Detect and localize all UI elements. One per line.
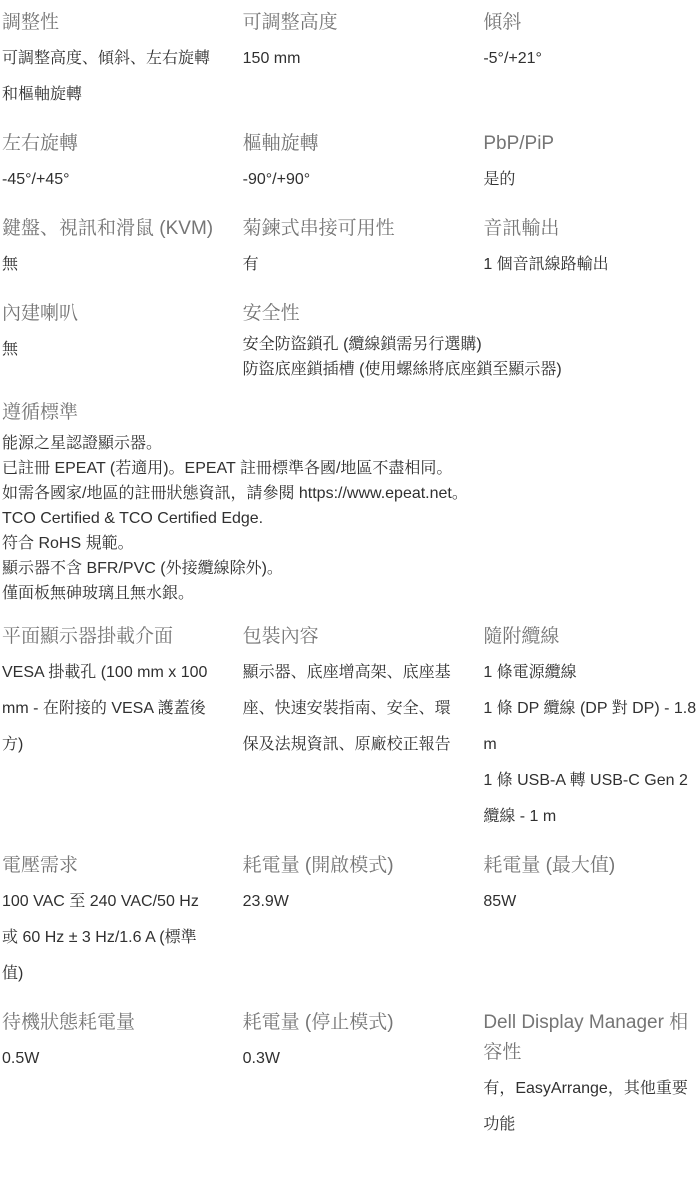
built-in-speaker-label: 內建喇叭 bbox=[2, 299, 217, 329]
pbp-pip-label: PbP/PiP bbox=[483, 129, 698, 159]
audio-output-label: 音訊輸出 bbox=[483, 214, 698, 244]
security-value: 防盜底座鎖插槽 (使用螺絲將底座鎖至顯示器) bbox=[243, 357, 698, 382]
cell-height-adjustable: 可調整高度150 mm bbox=[243, 8, 458, 113]
cables-included-value: 1 條 DP 纜線 (DP 對 DP) - 1.8 m bbox=[483, 691, 698, 763]
cell-box-contents: 包裝內容顯示器、底座增高架、底座基座、快速安裝指南、安全、環保及法規資訊、原廠校… bbox=[243, 622, 458, 835]
section-compliance-value: 僅面板無砷玻璃且無水銀。 bbox=[2, 581, 698, 606]
cell-ddm-compatibility: Dell Display Manager 相容性有，EasyArrange，其他… bbox=[483, 1008, 698, 1143]
row-kvm-audio: 鍵盤、視訊和滑鼠 (KVM)無菊鍊式串接可用性有音訊輸出1 個音訊線路輸出 bbox=[2, 214, 698, 283]
standby-power-value: 0.5W bbox=[2, 1041, 217, 1077]
voltage-required-value: 100 VAC 至 240 VAC/50 Hz 或 60 Hz ± 3 Hz/1… bbox=[2, 884, 217, 992]
ddm-compatibility-value: 有，EasyArrange，其他重要功能 bbox=[483, 1071, 698, 1143]
height-adjustable-value: 150 mm bbox=[243, 41, 458, 77]
section-compliance-value: TCO Certified & TCO Certified Edge. bbox=[2, 506, 698, 531]
pivot-label: 樞軸旋轉 bbox=[243, 129, 458, 159]
cell-kvm: 鍵盤、視訊和滑鼠 (KVM)無 bbox=[2, 214, 217, 283]
section-compliance-value: 符合 RoHS 規範。 bbox=[2, 531, 698, 556]
cables-included-value: 1 條 USB-A 轉 USB-C Gen 2 纜線 - 1 m bbox=[483, 763, 698, 835]
daisy-chain-value: 有 bbox=[243, 247, 458, 283]
cell-voltage-required: 電壓需求100 VAC 至 240 VAC/50 Hz 或 60 Hz ± 3 … bbox=[2, 851, 217, 992]
audio-output-value: 1 個音訊線路輸出 bbox=[483, 247, 698, 283]
row-power: 電壓需求100 VAC 至 240 VAC/50 Hz 或 60 Hz ± 3 … bbox=[2, 851, 698, 992]
cell-built-in-speaker: 內建喇叭無 bbox=[2, 299, 217, 382]
section-compliance-value: 已註冊 EPEAT (若適用)。EPEAT 註冊標準各國/地區不盡相同。 bbox=[2, 456, 698, 481]
row-adjustability: 調整性可調整高度、傾斜、左右旋轉和樞軸旋轉可調整高度150 mm傾斜-5°/+2… bbox=[2, 8, 698, 113]
power-consumption-off-label: 耗電量 (停止模式) bbox=[243, 1008, 458, 1038]
kvm-label: 鍵盤、視訊和滑鼠 (KVM) bbox=[2, 214, 217, 244]
cell-audio-output: 音訊輸出1 個音訊線路輸出 bbox=[483, 214, 698, 283]
section-compliance-value: 顯示器不含 BFR/PVC (外接纜線除外)。 bbox=[2, 556, 698, 581]
height-adjustable-label: 可調整高度 bbox=[243, 8, 458, 38]
built-in-speaker-value: 無 bbox=[2, 332, 217, 368]
cell-standby-power: 待機狀態耗電量0.5W bbox=[2, 1008, 217, 1143]
cell-power-consumption-on: 耗電量 (開啟模式)23.9W bbox=[243, 851, 458, 992]
power-consumption-max-label: 耗電量 (最大值) bbox=[483, 851, 698, 881]
box-contents-label: 包裝內容 bbox=[243, 622, 458, 652]
cell-cables-included: 隨附纜線1 條電源纜線1 條 DP 纜線 (DP 對 DP) - 1.8 m1 … bbox=[483, 622, 698, 835]
tilt-label: 傾斜 bbox=[483, 8, 698, 38]
cell-daisy-chain: 菊鍊式串接可用性有 bbox=[243, 214, 458, 283]
cell-security: 安全性安全防盜鎖孔 (纜線鎖需另行選購)防盜底座鎖插槽 (使用螺絲將底座鎖至顯示… bbox=[243, 299, 698, 382]
monitor-spec-sheet: 調整性可調整高度、傾斜、左右旋轉和樞軸旋轉可調整高度150 mm傾斜-5°/+2… bbox=[0, 0, 700, 1179]
power-consumption-off-value: 0.3W bbox=[243, 1041, 458, 1077]
power-consumption-on-value: 23.9W bbox=[243, 884, 458, 920]
section-compliance-value: 如需各國家/地區的註冊狀態資訊，請參閱 https://www.epeat.ne… bbox=[2, 481, 698, 506]
cell-power-consumption-max: 耗電量 (最大值)85W bbox=[483, 851, 698, 992]
pivot-value: -90°/+90° bbox=[243, 162, 458, 198]
standby-power-label: 待機狀態耗電量 bbox=[2, 1008, 217, 1038]
swivel-value: -45°/+45° bbox=[2, 162, 217, 198]
cell-tilt: 傾斜-5°/+21° bbox=[483, 8, 698, 113]
ddm-compatibility-label: Dell Display Manager 相容性 bbox=[483, 1008, 698, 1068]
row-mounting-contents: 平面顯示器掛載介面VESA 掛載孔 (100 mm x 100 mm - 在附接… bbox=[2, 622, 698, 835]
section-compliance-label: 遵循標準 bbox=[2, 398, 698, 428]
security-label: 安全性 bbox=[243, 299, 698, 329]
row-rotation: 左右旋轉-45°/+45°樞軸旋轉-90°/+90°PbP/PiP是的 bbox=[2, 129, 698, 198]
kvm-value: 無 bbox=[2, 247, 217, 283]
row-speaker-security: 內建喇叭無安全性安全防盜鎖孔 (纜線鎖需另行選購)防盜底座鎖插槽 (使用螺絲將底… bbox=[2, 299, 698, 382]
flat-panel-mount-interface-value: VESA 掛載孔 (100 mm x 100 mm - 在附接的 VESA 護蓋… bbox=[2, 655, 217, 763]
cell-power-consumption-off: 耗電量 (停止模式)0.3W bbox=[243, 1008, 458, 1143]
row-standby-ddm: 待機狀態耗電量0.5W耗電量 (停止模式)0.3WDell Display Ma… bbox=[2, 1008, 698, 1143]
pbp-pip-value: 是的 bbox=[483, 162, 698, 198]
section-compliance-value: 能源之星認證顯示器。 bbox=[2, 431, 698, 456]
security-value: 安全防盜鎖孔 (纜線鎖需另行選購) bbox=[243, 332, 698, 357]
cables-included-value: 1 條電源纜線 bbox=[483, 655, 698, 691]
swivel-label: 左右旋轉 bbox=[2, 129, 217, 159]
flat-panel-mount-interface-label: 平面顯示器掛載介面 bbox=[2, 622, 217, 652]
cell-swivel: 左右旋轉-45°/+45° bbox=[2, 129, 217, 198]
adjustability-label: 調整性 bbox=[2, 8, 217, 38]
daisy-chain-label: 菊鍊式串接可用性 bbox=[243, 214, 458, 244]
cell-pivot: 樞軸旋轉-90°/+90° bbox=[243, 129, 458, 198]
power-consumption-max-value: 85W bbox=[483, 884, 698, 920]
cables-included-label: 隨附纜線 bbox=[483, 622, 698, 652]
cell-adjustability: 調整性可調整高度、傾斜、左右旋轉和樞軸旋轉 bbox=[2, 8, 217, 113]
power-consumption-on-label: 耗電量 (開啟模式) bbox=[243, 851, 458, 881]
cell-pbp-pip: PbP/PiP是的 bbox=[483, 129, 698, 198]
section-compliance: 遵循標準能源之星認證顯示器。已註冊 EPEAT (若適用)。EPEAT 註冊標準… bbox=[2, 398, 698, 606]
box-contents-value: 顯示器、底座增高架、底座基座、快速安裝指南、安全、環保及法規資訊、原廠校正報告 bbox=[243, 655, 458, 763]
voltage-required-label: 電壓需求 bbox=[2, 851, 217, 881]
cell-flat-panel-mount-interface: 平面顯示器掛載介面VESA 掛載孔 (100 mm x 100 mm - 在附接… bbox=[2, 622, 217, 835]
adjustability-value: 可調整高度、傾斜、左右旋轉和樞軸旋轉 bbox=[2, 41, 217, 113]
tilt-value: -5°/+21° bbox=[483, 41, 698, 77]
